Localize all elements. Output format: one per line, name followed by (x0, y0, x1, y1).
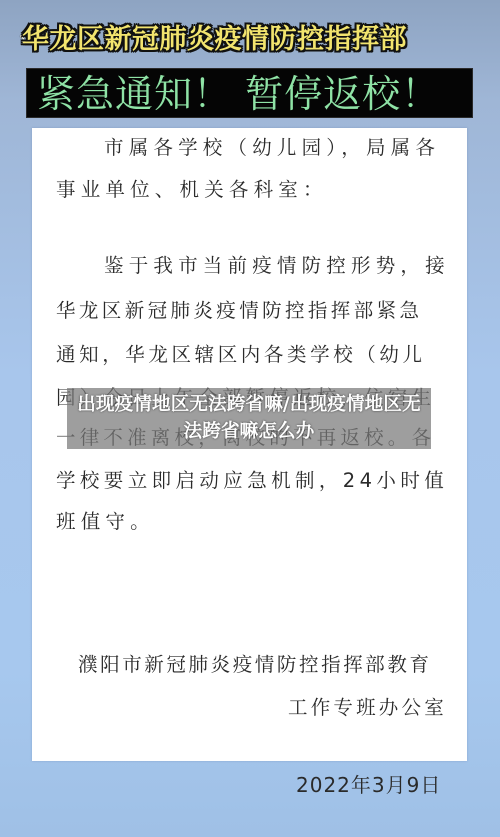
alert-banner: 紧急通知！ 暂停返校！ (26, 68, 473, 118)
main-heading: 华龙区新冠肺炎疫情防控指挥部 (22, 18, 482, 62)
signature-line-2: 工作专班办公室 (288, 696, 447, 720)
doc-line-salutation-2: 事业单位、机关各科室： (56, 178, 328, 202)
signature-line-1: 濮阳市新冠肺炎疫情防控指挥部教育 (78, 653, 432, 677)
article-title-overlay[interactable]: 出现疫情地区无法跨省嘛/出现疫情地区无法跨省嘛怎么办 (67, 388, 431, 449)
doc-line-body-1: 鉴于我市当前疫情防控形势，接 (104, 254, 450, 278)
doc-line-body-6: 学校要立即启动应急机制，24小时值 (56, 469, 448, 493)
doc-line-body-7: 班值守。 (56, 510, 155, 534)
doc-line-body-3: 通知，华龙区辖区内各类学校（幼儿 (56, 343, 426, 367)
doc-line-body-2: 华龙区新冠肺炎疫情防控指挥部紧急 (56, 299, 422, 323)
doc-line-salutation-1: 市属各学校（幼儿园），局属各 (104, 136, 440, 160)
alert-text: 紧急通知！ 暂停返校！ (37, 69, 440, 119)
notice-date: 2022年3月9日 (296, 773, 441, 797)
